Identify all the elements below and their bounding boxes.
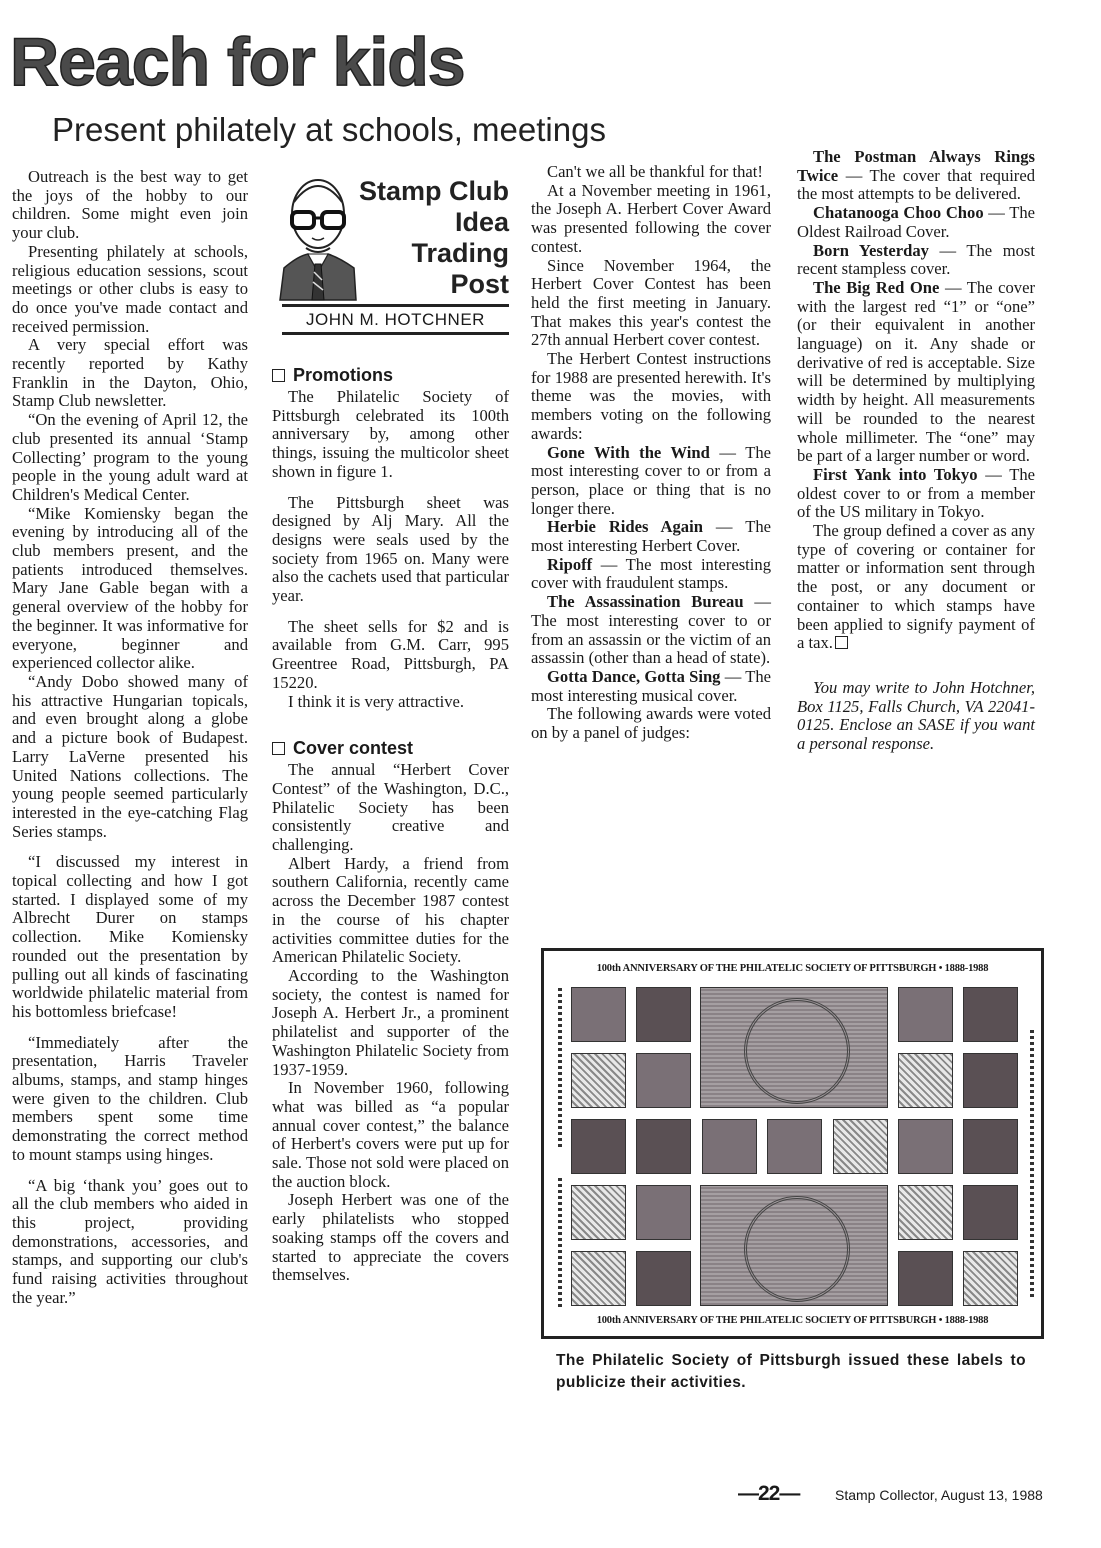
page-number: —22— <box>738 1482 799 1506</box>
divider <box>282 304 509 307</box>
stamp-label-shuttle <box>636 1053 691 1108</box>
paragraph: Presenting philately at schools, religio… <box>12 243 248 337</box>
stamp-label <box>636 1251 691 1306</box>
award-name: Gotta Dance, Gotta Sing <box>547 667 720 686</box>
award-item: Chatanooga Choo Choo — The Oldest Railro… <box>797 204 1035 241</box>
perforation-icon <box>558 1177 562 1307</box>
stamp-label <box>636 1119 691 1174</box>
stamp-label <box>571 1119 626 1174</box>
paragraph: “Andy Dobo showed many of his attractive… <box>12 673 248 841</box>
stamp-label <box>702 1119 757 1174</box>
centennial-seal-bottom <box>700 1185 888 1306</box>
author-portrait-icon <box>278 172 358 302</box>
publication-dateline: Stamp Collector, August 13, 1988 <box>835 1487 1043 1503</box>
award-name: Ripoff <box>547 555 592 574</box>
stamp-label <box>636 1185 691 1240</box>
checkbox-bullet-icon <box>272 742 285 755</box>
sheet-banner-top: 100th ANNIVERSARY OF THE PHILATELIC SOCI… <box>544 963 1041 974</box>
article-column-1: Outreach is the best way to get the joys… <box>12 168 248 1307</box>
title-line: Post <box>359 269 509 300</box>
award-item: Gone With the Wind — The most interestin… <box>531 444 771 519</box>
paragraph: Since November 1964, the Herbert Cover C… <box>531 257 771 351</box>
award-item: The Big Red One — The cover with the lar… <box>797 279 1035 466</box>
article-column-3: Can't we all be thankful for that! At a … <box>531 163 771 743</box>
paragraph: “A big ‘thank you’ goes out to all the c… <box>12 1177 248 1308</box>
paragraph: At a November meeting in 1961, the Josep… <box>531 182 771 257</box>
divider <box>282 332 509 335</box>
paragraph: Can't we all be thankful for that! <box>531 163 771 182</box>
award-desc: — The cover with the largest red “1” or … <box>797 278 1035 465</box>
heading-text: Cover contest <box>293 737 413 759</box>
paragraph: Outreach is the best way to get the joys… <box>12 168 248 243</box>
section-heading-cover-contest: Cover contest <box>272 737 509 759</box>
stamp-label-helicopter <box>571 1053 626 1108</box>
article-column-4: The Postman Always Rings Twice — The cov… <box>797 148 1035 754</box>
award-name: The Big Red One <box>813 278 939 297</box>
stamp-label <box>636 987 691 1042</box>
end-mark-icon <box>835 636 848 649</box>
award-name: Chatanooga Choo Choo <box>813 203 984 222</box>
perforation-icon <box>558 987 562 1147</box>
stamp-label <box>963 1185 1018 1240</box>
paragraph: The group defined a cover as any type of… <box>797 522 1035 653</box>
award-name: Herbie Rides Again <box>547 517 703 536</box>
paragraph: “I discussed my interest in topical coll… <box>12 853 248 1021</box>
paragraph: The Herbert Contest instructions for 198… <box>531 350 771 444</box>
stamp-label <box>963 1053 1018 1108</box>
column-title: Stamp Club Idea Trading Post <box>359 176 509 300</box>
definition-text: The group defined a cover as any type of… <box>797 521 1035 652</box>
award-item: The Postman Always Rings Twice — The cov… <box>797 148 1035 204</box>
centennial-seal-top <box>700 987 888 1108</box>
paragraph: The following awards were voted on by a … <box>531 705 771 742</box>
checkbox-bullet-icon <box>272 369 285 382</box>
heading-text: Promotions <box>293 364 393 386</box>
paragraph: Joseph Herbert was one of the early phil… <box>272 1191 509 1285</box>
perforation-icon <box>1030 1027 1034 1297</box>
stamp-label <box>898 1119 953 1174</box>
column-logo: Stamp Club Idea Trading Post JOHN M. HOT… <box>272 168 509 338</box>
stamp-label <box>963 1119 1018 1174</box>
paragraph: A very special effort was recently repor… <box>12 336 248 411</box>
stamp-label-flower <box>963 1251 1018 1306</box>
paragraph: The Pittsburgh sheet was designed by Alj… <box>272 494 509 606</box>
award-name: First Yank into Tokyo <box>813 465 978 484</box>
sheet-banner-bottom: 100th ANNIVERSARY OF THE PHILATELIC SOCI… <box>544 1315 1041 1326</box>
contact-note: You may write to John Hotchner, Box 1125… <box>797 679 1035 754</box>
article-column-2: Promotions The Philatelic Society of Pit… <box>272 364 509 1285</box>
paragraph: Albert Hardy, a friend from southern Cal… <box>272 855 509 967</box>
subheadline: Present philately at schools, meetings <box>52 113 606 146</box>
paragraph: “Immediately after the presentation, Har… <box>12 1034 248 1165</box>
stamp-label-church <box>571 1185 626 1240</box>
award-item: The Assassination Bureau — The most inte… <box>531 593 771 668</box>
stamp-label-bird <box>898 1053 953 1108</box>
award-name: Gone With the Wind <box>547 443 710 462</box>
stamp-grid <box>566 987 1018 1307</box>
award-item: Gotta Dance, Gotta Sing — The most inter… <box>531 668 771 705</box>
award-name: The Assassination Bureau <box>547 592 744 611</box>
stamp-label-astronaut <box>571 987 626 1042</box>
section-heading-promotions: Promotions <box>272 364 509 386</box>
paragraph: In November 1960, following what was bil… <box>272 1079 509 1191</box>
title-line: Stamp Club <box>359 176 509 207</box>
stamp-label <box>571 1251 626 1306</box>
paragraph: “Mike Komiensky began the evening by int… <box>12 505 248 673</box>
author-byline: JOHN M. HOTCHNER <box>282 310 509 330</box>
paragraph: “On the evening of April 12, the club pr… <box>12 411 248 505</box>
title-line: Trading <box>359 238 509 269</box>
award-name: Born Yesterday <box>813 241 929 260</box>
figure-caption: The Philatelic Society of Pittsburgh iss… <box>556 1350 1026 1394</box>
award-item: Ripoff — The most interesting cover with… <box>531 556 771 593</box>
title-line: Idea <box>359 207 509 238</box>
paragraph: The annual “Herbert Cover Contest” of th… <box>272 761 509 855</box>
stamp-label <box>898 1251 953 1306</box>
stamp-label <box>963 987 1018 1042</box>
headline: Reach for kids <box>10 28 465 96</box>
paragraph: The Philatelic Society of Pittsburgh cel… <box>272 388 509 482</box>
paragraph: According to the Washington society, the… <box>272 967 509 1079</box>
stamp-label <box>898 987 953 1042</box>
stamp-sheet-figure: 100th ANNIVERSARY OF THE PHILATELIC SOCI… <box>541 948 1044 1339</box>
paragraph: The sheet sells for $2 and is available … <box>272 618 509 693</box>
paragraph: I think it is very attractive. <box>272 693 509 712</box>
award-item: Herbie Rides Again — The most interestin… <box>531 518 771 555</box>
award-item: First Yank into Tokyo — The oldest cover… <box>797 466 1035 522</box>
stamp-label <box>898 1185 953 1240</box>
award-item: Born Yesterday — The most recent stample… <box>797 242 1035 279</box>
stamp-label <box>767 1119 822 1174</box>
stamp-label <box>833 1119 888 1174</box>
